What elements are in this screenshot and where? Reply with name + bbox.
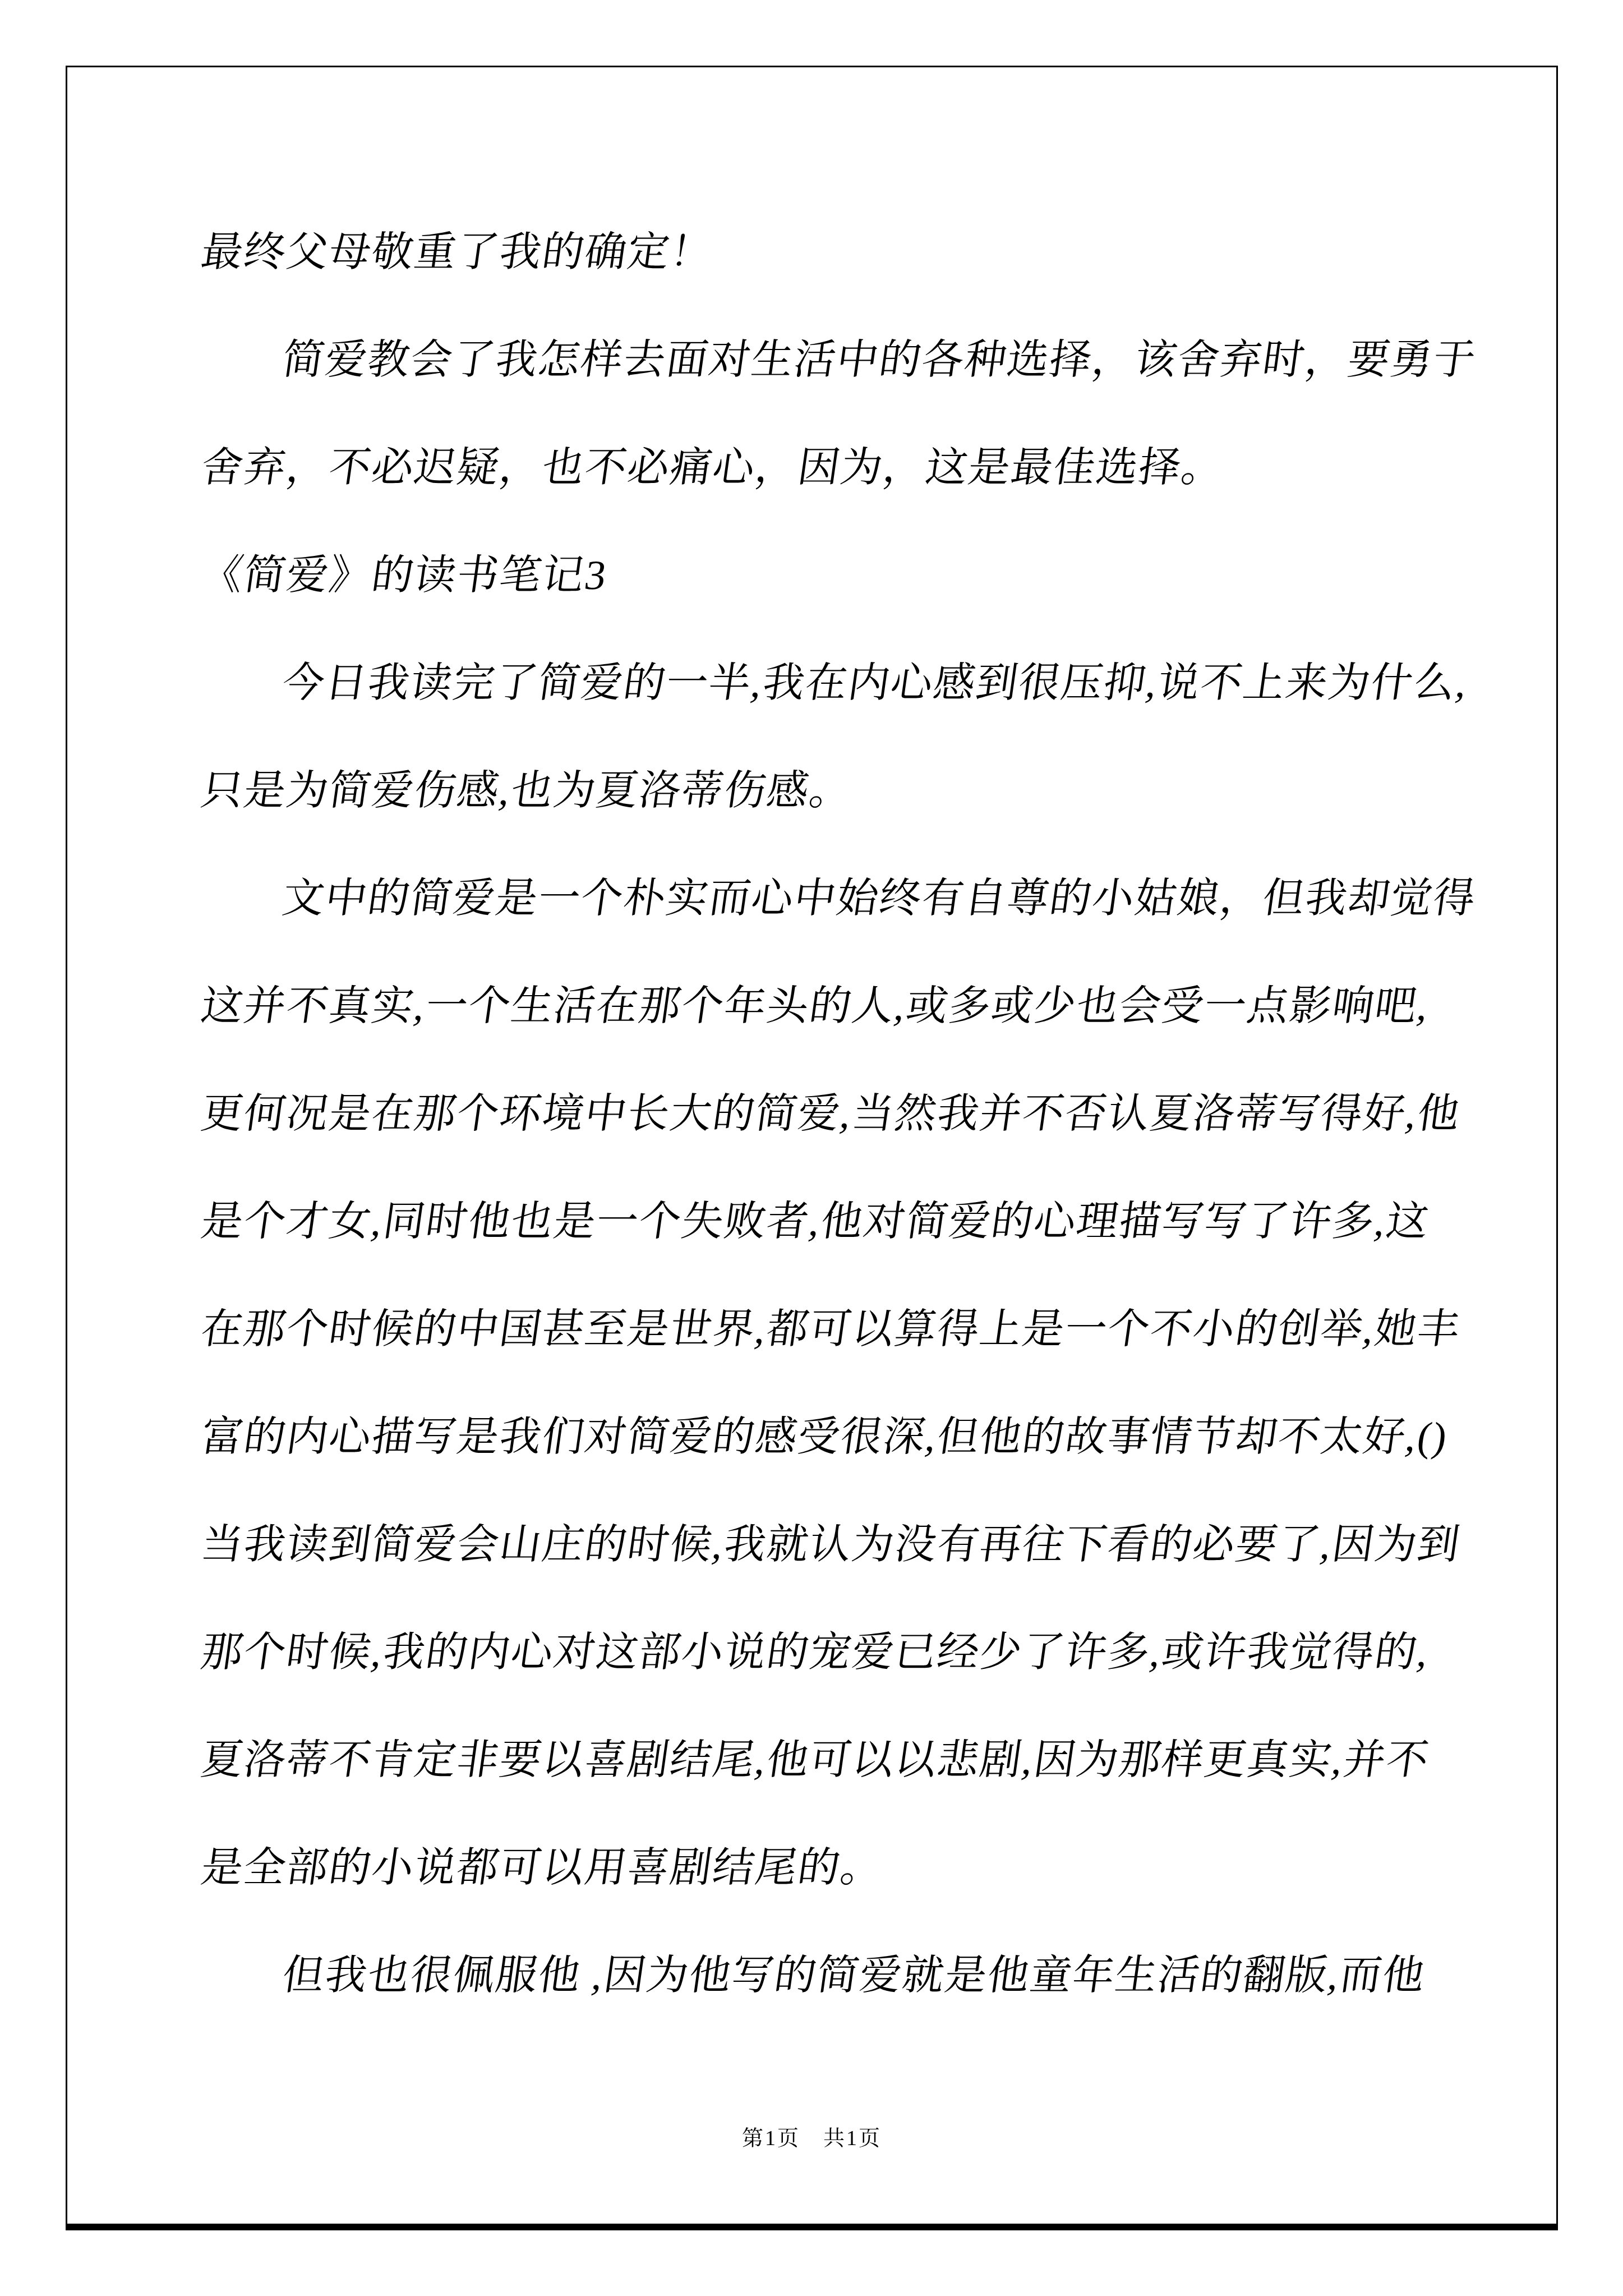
text-line-10: 是个才女,同时他也是一个失败者,他对简爱的心理描写写了许多,这 [194,1168,1451,1276]
text-line-6: 只是为简爱伤感,也为夏洛蒂伤感。 [194,737,1451,845]
text-line-7: 文中的简爱是一个朴实而心中始终有自尊的小姑娘，但我却觉得 [194,845,1451,953]
text-line-3: 舍弃，不必迟疑，也不必痛心，因为，这是最佳选择。 [194,414,1451,522]
document-body: 最终父母敬重了我的确定！ 简爱教会了我怎样去面对生活中的各种选择，该舍弃时，要勇… [201,199,1444,2030]
text-line-4: 《简爱》的读书笔记3 [194,522,1451,629]
text-line-9: 更何况是在那个环境中长大的简爱,当然我并不否认夏洛蒂写得好,他 [194,1060,1451,1168]
text-line-2: 简爱教会了我怎样去面对生活中的各种选择，该舍弃时，要勇于 [194,306,1451,414]
document-page: 最终父母敬重了我的确定！ 简爱教会了我怎样去面对生活中的各种选择，该舍弃时，要勇… [0,0,1623,2296]
page-footer: 第1页 共1页 [66,2125,1558,2152]
text-line-11: 在那个时候的中国甚至是世界,都可以算得上是一个不小的创举,她丰 [194,1276,1451,1383]
text-line-5: 今日我读完了简爱的一半,我在内心感到很压抑,说不上来为什么, [194,629,1451,737]
text-line-14: 那个时候,我的内心对这部小说的宠爱已经少了许多,或许我觉得的, [194,1599,1451,1706]
text-line-1: 最终父母敬重了我的确定！ [194,199,1451,306]
text-line-15: 夏洛蒂不肯定非要以喜剧结尾,他可以以悲剧,因为那样更真实,并不 [194,1706,1451,1814]
text-line-13: 当我读到简爱会山庄的时候,我就认为没有再往下看的必要了,因为到 [194,1491,1451,1599]
text-line-16: 是全部的小说都可以用喜剧结尾的。 [194,1814,1451,1922]
text-line-12: 富的内心描写是我们对简爱的感受很深,但他的故事情节却不太好,() [194,1383,1451,1491]
text-line-8: 这并不真实,一个生活在那个年头的人,或多或少也会受一点影响吧, [194,953,1451,1060]
text-line-17: 但我也很佩服他 ,因为他写的简爱就是他童年生活的翻版,而他 [194,1922,1451,2030]
